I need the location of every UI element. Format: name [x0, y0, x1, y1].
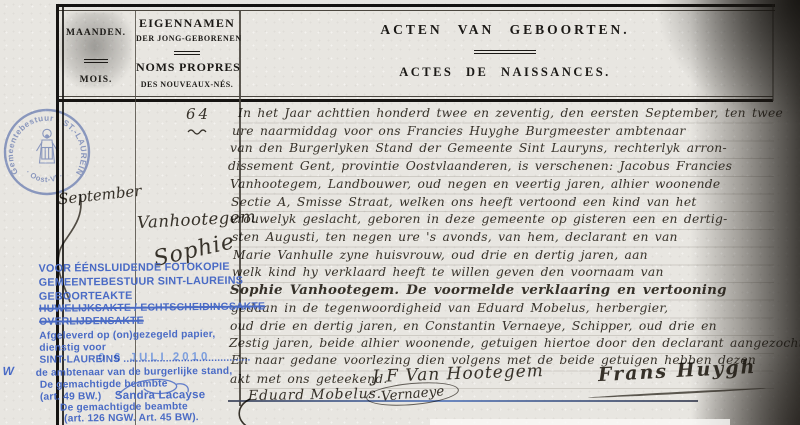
act-text-line: van den Burgerlyken Stand der Gemeente S… [230, 141, 727, 155]
names-header-separator [174, 51, 200, 55]
act-number-squiggle-icon [187, 127, 207, 135]
date-stamp: 0 6 JULI 2010 [98, 351, 210, 364]
act-closing-text: akt met ons geteekend. [230, 372, 388, 386]
acts-header-label-fr: ACTES DE NAISSANCES. [250, 65, 760, 80]
signature-witness-1: Eduard Mobelus. [248, 386, 382, 404]
act-text-line: sten Augusti, ten negen ure 's avonds, v… [232, 230, 678, 244]
table-top-inner-border [57, 10, 775, 11]
act-number: 64 [186, 105, 211, 123]
month-flourish-icon [40, 192, 88, 310]
header-bottom-thin-rule [57, 96, 773, 97]
header-bottom-thick-rule [57, 99, 773, 102]
acts-header-label-nl: ACTEN VAN GEBOORTEN. [250, 22, 760, 38]
names-header-label-fr-2: DES NOUVEAUX-NÉS. [136, 80, 238, 89]
act-text-line: In het Jaar achttien honderd twee en zev… [238, 106, 783, 120]
acts-header-separator [474, 50, 536, 54]
municipal-seal-stamp: Gemeentebestuur · ST.-LAUREINS · Oost-Vl… [1, 106, 93, 198]
stamp-line: (art. 126 NGW. Art. 45 BW). [64, 412, 199, 424]
stamp-line: dienstig voor [39, 342, 106, 354]
names-header-label-nl-1: EIGENNAMEN [136, 16, 238, 31]
municipal-seal-svg: Gemeentebestuur · ST.-LAUREINS · Oost-Vl… [1, 106, 93, 198]
act-text-line: dissement Gent, provintie Oostvlaanderen… [228, 159, 732, 173]
stamp-line: De gemachtigde beambte [60, 401, 188, 413]
stamp-margin-mark: W [3, 364, 15, 378]
svg-text:Gemeentebestuur · ST.-LAUREINS: Gemeentebestuur · ST.-LAUREINS [1, 106, 88, 177]
act-text-line: Zestig jaren, beide alhier woonende, get… [229, 336, 800, 350]
act-text-line: Sophie Vanhootegem. De voormelde verklaa… [230, 282, 727, 298]
act-text-line: Sectie A, Smisse Straat, welken ons heef… [231, 195, 697, 209]
act-text-line: welk kind hy verklaard heeft te willen g… [232, 265, 664, 279]
stamp-line: de ambtenaar van de burgerlijke stand, [36, 366, 233, 379]
stamp-line: (art. 49 BW.) [40, 391, 102, 403]
stamp-line: SINT-LAUREINS ..........................… [39, 353, 250, 366]
act-text-line: Marie Vanhulle zyne huisvrouw, oud drie … [233, 248, 648, 262]
month-header-separator [84, 59, 108, 63]
stamp-line-struck: OVERLIJDENSAKTE [39, 316, 144, 328]
act-text-line: Vanhootegem, Landbouwer, oud negen en ve… [230, 177, 720, 191]
names-header-label-nl-2: DER JONG-GEBORENEN [136, 34, 238, 43]
act-text-line: gedaan in de tegenwoordigheid van Eduard… [231, 301, 668, 315]
act-text-line: oud drie en dertig jaren, en Constantin … [230, 319, 717, 333]
names-header-label-fr-1: NOMS PROPRES [136, 60, 238, 75]
table-top-border [57, 4, 775, 7]
scan-bottom-edge [430, 419, 730, 425]
act-text-line: vrouwelyk geslacht, geboren in deze geme… [230, 212, 728, 226]
officer-signature: Sandra Lacayse [115, 389, 206, 402]
stamp-line: Afgeleverd op (on)gezegeld papier, [39, 329, 215, 342]
saint-figure-icon [37, 129, 58, 163]
bottom-paren-flourish-icon [230, 398, 256, 425]
header-right-border [772, 4, 774, 101]
act-text-line: ure naarmiddag voor ons Francies Huyghe … [232, 124, 686, 138]
firstname-entry: Sophie [151, 229, 237, 272]
seal-arc-bottom-text: · Oost-Vl · [24, 168, 65, 184]
seal-arc-top-text: Gemeentebestuur · ST.-LAUREINS [1, 106, 88, 177]
svg-text:· Oost-Vl ·: · Oost-Vl · [24, 168, 65, 184]
scanned-birth-register-page: MAANDEN. MOIS. EIGENNAMEN DER JONG-GEBOR… [0, 0, 800, 425]
month-header-label-nl: MAANDEN. [59, 28, 133, 38]
officer-signature-flourish-icon [114, 374, 194, 401]
month-header-label-fr: MOIS. [59, 75, 133, 85]
